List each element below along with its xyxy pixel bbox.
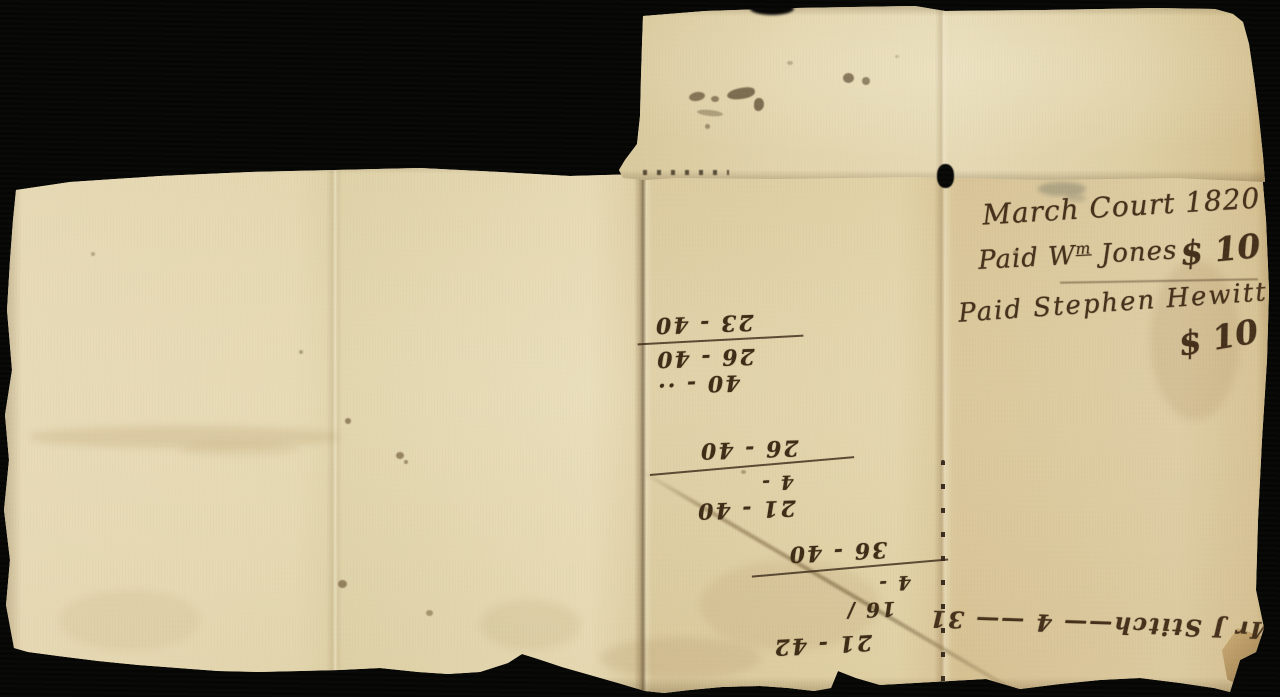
ink-spot <box>426 610 433 616</box>
ink-blot <box>726 86 755 101</box>
ink-spot <box>91 252 95 256</box>
figure-row: 21 - 42 <box>755 625 953 661</box>
date-line: March Court 1820 <box>981 182 1261 232</box>
fold-crease-center <box>634 160 652 697</box>
payment-amount-2: $ 10 <box>1175 311 1261 363</box>
flap-crease <box>935 6 949 188</box>
stain <box>600 638 760 678</box>
inverted-sum-3: 21 - 42 16 / 4 - 36 - 40 <box>750 533 953 661</box>
inverted-sum-1: 40 - ·· 26 - 40 23 - 40 <box>637 307 806 399</box>
ink-spot <box>345 418 351 424</box>
paper-top-flap <box>615 6 1275 188</box>
payment-amount-1: $ 10 <box>1178 226 1262 273</box>
paper-main-sheet: March Court 1820 Paid Wm Jones $ 10 Paid… <box>0 160 1280 697</box>
payee-name-rest: Jones <box>1091 235 1178 269</box>
figure-result: 36 - 40 <box>750 533 948 569</box>
ink-blot <box>895 55 899 58</box>
seam-stitch-dots <box>643 170 729 175</box>
payment-entry-1: Paid Wm Jones <box>977 235 1178 276</box>
edge-gap <box>750 2 794 15</box>
flap-edge-shading <box>615 6 1275 188</box>
ink-blot <box>787 61 793 65</box>
ink-blot <box>688 91 705 103</box>
ink-spot <box>338 580 347 588</box>
inverted-inscription: Mr J Stitch—— 4 —— 31 <box>1002 607 1277 644</box>
ink-blot <box>862 77 870 85</box>
payee-superscript: m <box>1075 239 1092 258</box>
inverted-sum-2: 21 - 40 4 - 26 - 40 <box>649 432 857 525</box>
ink-spot <box>404 460 408 464</box>
fold-crease-left <box>326 160 342 697</box>
stain <box>180 442 300 456</box>
document-scan: March Court 1820 Paid Wm Jones $ 10 Paid… <box>0 0 1280 697</box>
stain <box>60 590 200 650</box>
figure-result: 23 - 40 <box>637 307 804 339</box>
ink-spot <box>299 350 303 354</box>
stain <box>480 600 580 650</box>
stain-band <box>28 426 340 448</box>
ink-blot <box>711 96 719 102</box>
ink-blot <box>754 98 764 111</box>
ink-blot <box>705 124 710 129</box>
ink-spot <box>396 452 404 459</box>
ink-blot <box>697 109 723 118</box>
crease-hole <box>937 164 954 188</box>
payee-name: Paid W <box>977 241 1076 276</box>
ink-blot <box>843 73 854 83</box>
